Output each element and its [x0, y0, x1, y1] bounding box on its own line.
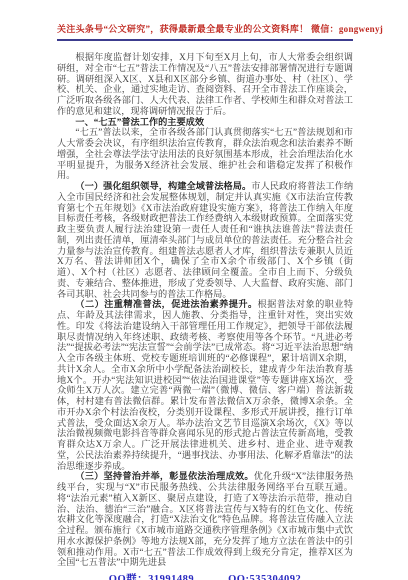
item-3-lead: （三）坚持普治并举，彰显依法治理成效。 — [75, 471, 253, 481]
item-3-body: 优化升级“X”法律服务热线平台，实现与“X”市民服务热线、公共法律服务网络平台互… — [57, 471, 353, 567]
document-body: 根据年度监督计划安排，X月下旬至X月上旬，市人大常委会组织调研组，对全市“七五”… — [57, 52, 353, 568]
item-1-paragraph: （一）强化组织领导，构建全域普法格局。市人民政府将普法工作纳入全市国民经济和社会… — [57, 181, 353, 299]
item-2-lead: （二）注重精准普法，促进法治素养提升。 — [75, 299, 257, 309]
intro-paragraph: 根据年度监督计划安排，X月下旬至X月上旬，市人大常委会组织调研组，对全市“七五”… — [57, 52, 353, 117]
section-1-intro-paragraph: “七五”普法以来，全市各级各部门认真贯彻落实“七五”普法规划和市人大常委会决议，… — [57, 127, 353, 181]
item-1-body: 市人民政府将普法工作纳入全市国民经济和社会发展整体规划，制定并认真实施《X市法治… — [57, 181, 353, 299]
item-2-paragraph: （二）注重精准普法，促进法治素养提升。根据普法对象的职业特点、年龄及其法律需求，… — [57, 299, 353, 471]
qq-footer: QQ群：31991489QQ:535304092 — [57, 573, 353, 580]
promo-text: 关注头条号“公文研究”，获得最新最全最专业的公文资料库！ 微信：gongweny… — [57, 24, 383, 34]
promo-header: 关注头条号“公文研究”，获得最新最全最专业的公文资料库！ 微信：gongweny… — [57, 23, 353, 41]
item-3-paragraph: （三）坚持普治并举，彰显依法治理成效。优化升级“X”法律服务热线平台，实现与“X… — [57, 471, 353, 568]
item-2-body: 根据普法对象的职业特点、年龄及其法律需求，因人施教、分类指导，注重针对性，突出实… — [57, 299, 353, 470]
qq-group-number: QQ群：31991489 — [109, 574, 194, 580]
document-page: 关注头条号“公文研究”，获得最新最全最专业的公文资料库！ 微信：gongweny… — [0, 0, 408, 580]
item-1-lead: （一）强化组织领导，构建全域普法格局。 — [75, 181, 251, 191]
section-1-heading: 一、“七五”普法工作的主要成效 — [57, 117, 353, 128]
qq-number: QQ:535304092 — [228, 574, 301, 580]
